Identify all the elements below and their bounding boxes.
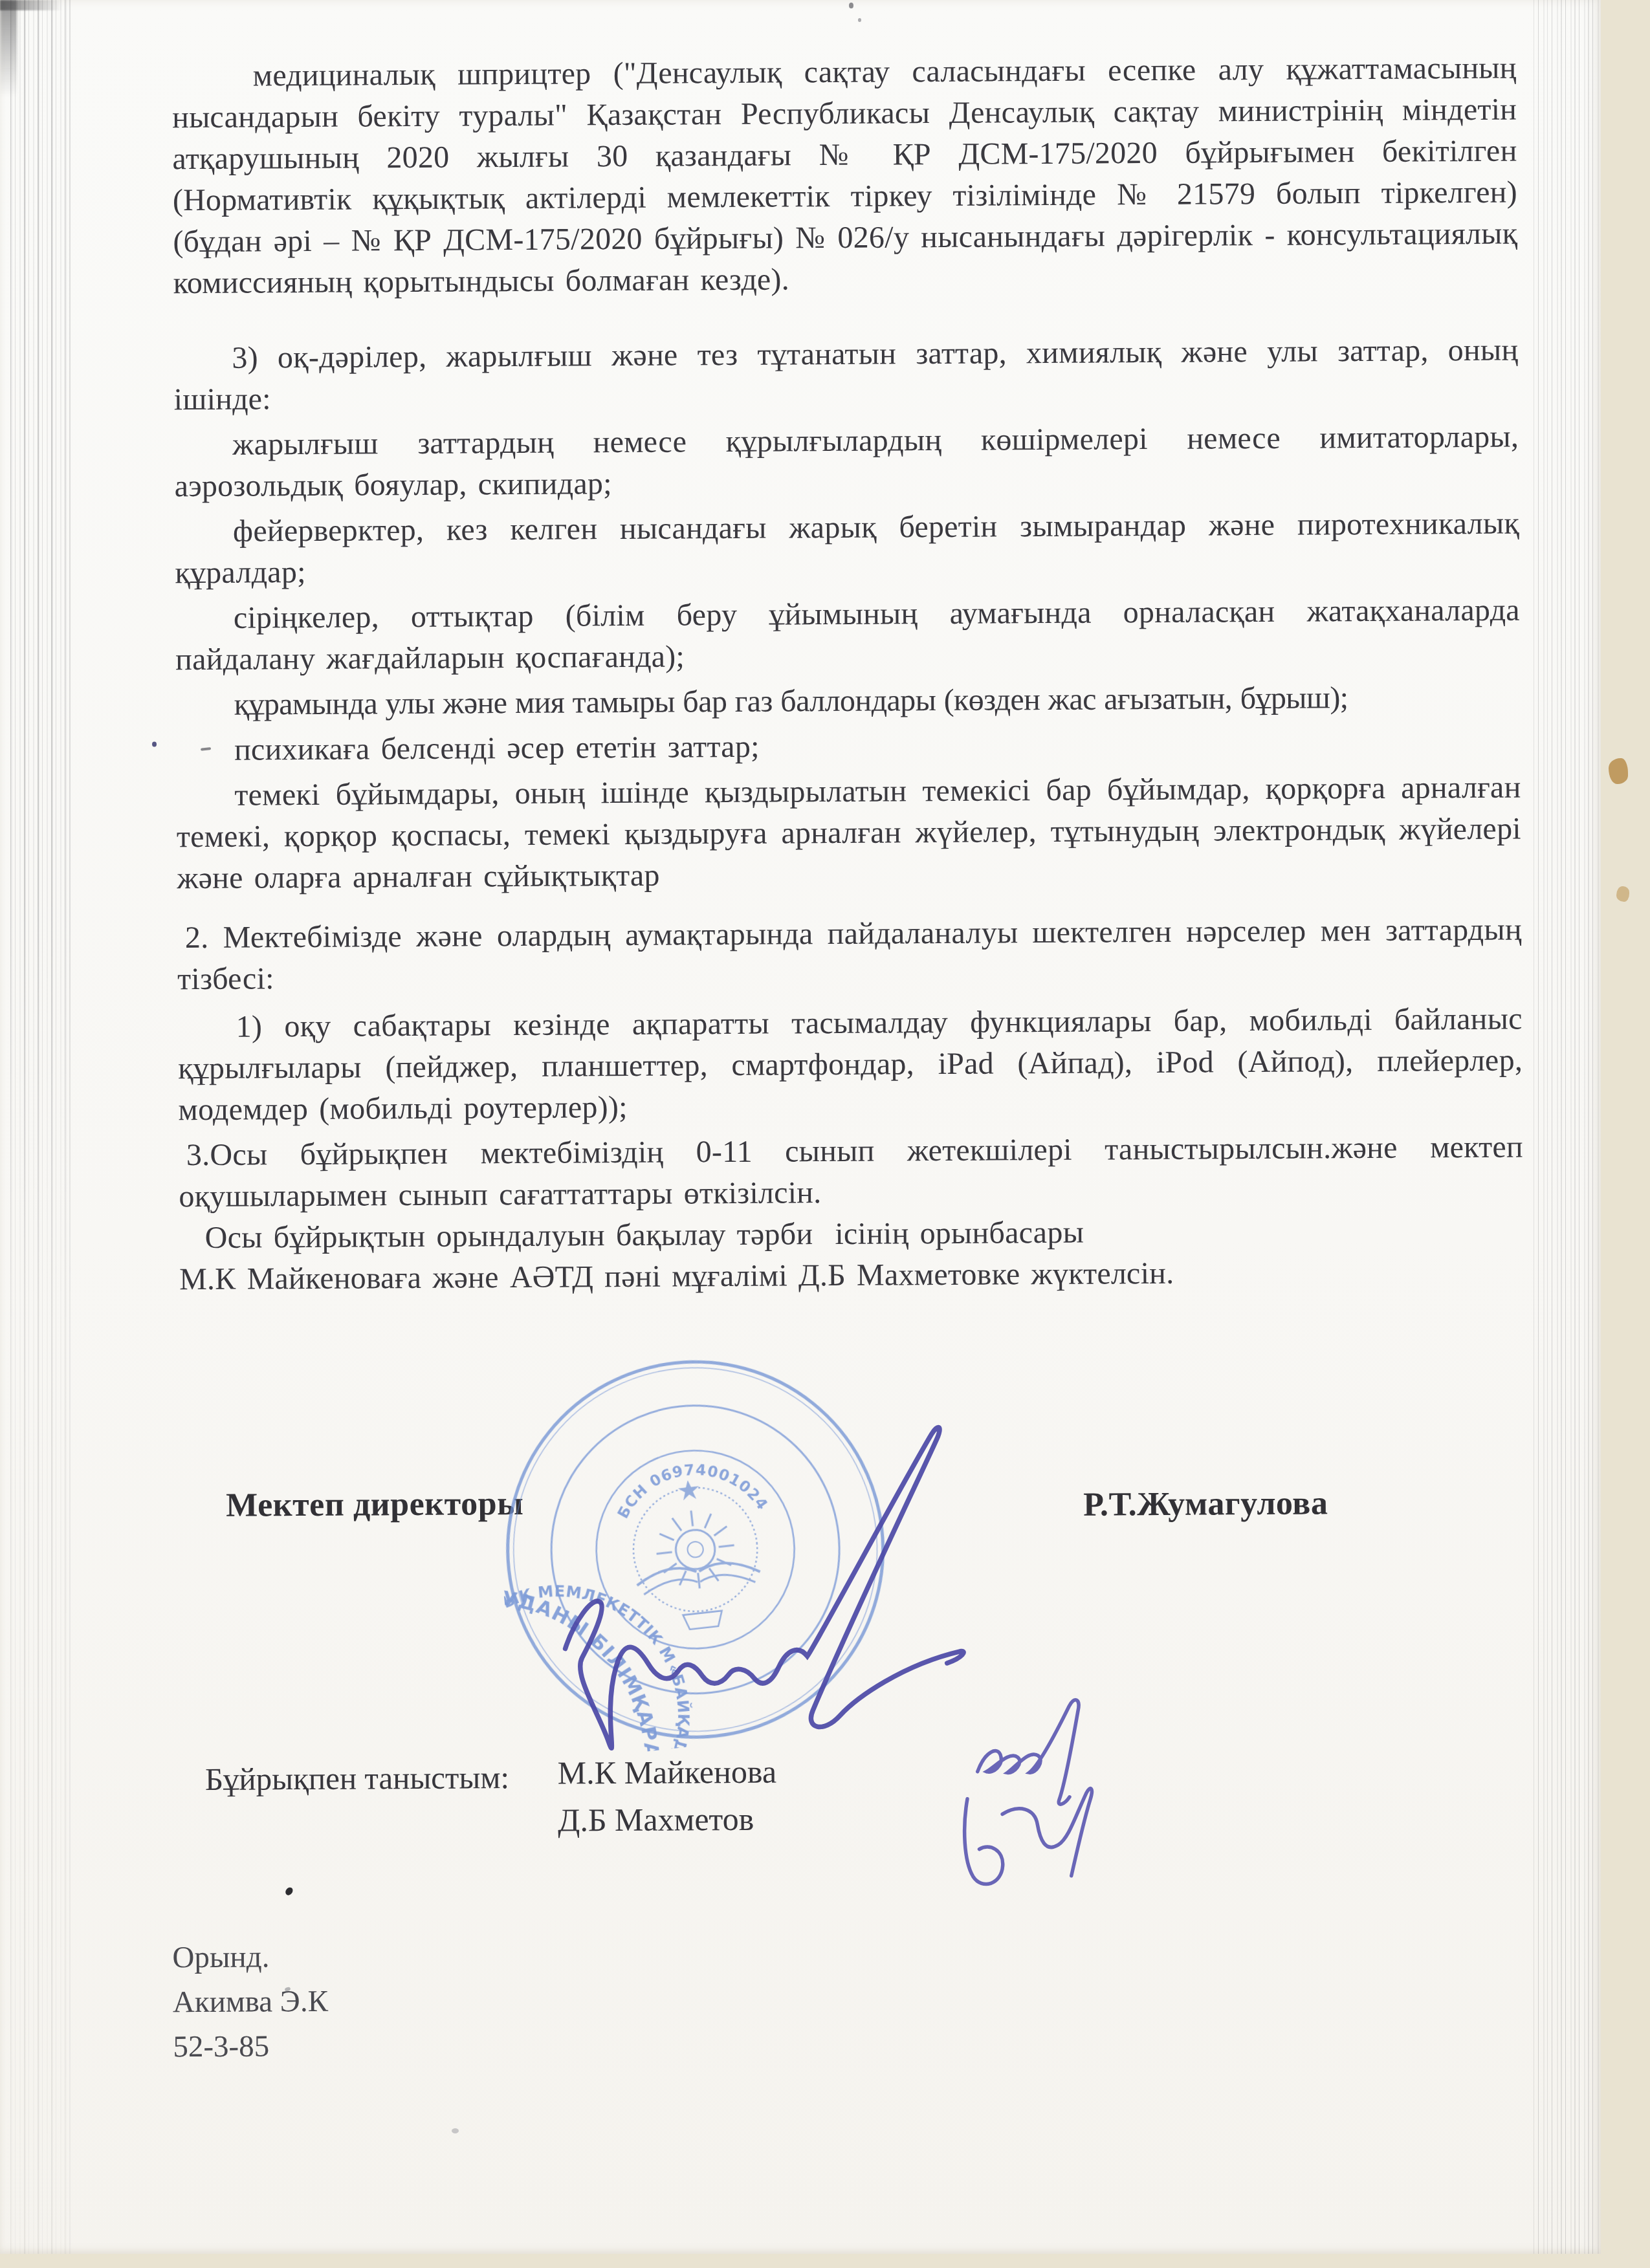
speck-top-center [849, 3, 853, 8]
director-name: Р.Т.Жумагулова [1083, 1484, 1328, 1523]
right-edge-scan-streaks [1531, 0, 1600, 2254]
body-paragraph-explosives: жарылғыш заттардың немесе құрылғылардың … [174, 417, 1519, 508]
executor-name: Акимва Э.К [173, 1979, 328, 2025]
executor-label: Орынд. [172, 1935, 327, 1980]
body-paragraph-item3-order: 3.Осы бұйрықпен мектебіміздің 0-11 сынып… [179, 1126, 1524, 1217]
executor-block: Орынд. Акимва Э.К 52-3-85 [172, 1935, 328, 2069]
body-paragraph-matches: сіріңкелер, оттықтар (білім беру ұйымыны… [175, 590, 1521, 681]
tan-stain-lower [1616, 886, 1629, 902]
body-paragraph-intro: медициналық шприцтер ("Денсаулық сақтау … [172, 48, 1518, 305]
body-paragraph-devices: 1) оқу сабақтары кезінде ақпаратты тасым… [178, 998, 1523, 1131]
body-paragraph-item3: 3) оқ-дәрілер, жарылғыш және тез тұтанат… [173, 330, 1519, 421]
body-paragraph-gas: құрамында улы және мия тамыры бар газ ба… [175, 677, 1520, 726]
director-signature [539, 1406, 994, 1771]
body-paragraph-item2: 2. Мектебімізде және олардың аумақтарынд… [177, 909, 1523, 1000]
acknowledgment-label: Бұйрықпен таныстым: [205, 1759, 509, 1798]
tan-stain-upper [1609, 758, 1628, 784]
document-body: медициналық шприцтер ("Денсаулық сақтау … [172, 48, 1524, 1301]
body-paragraph-fireworks: фейерверктер, кез келген нысандағы жарық… [175, 503, 1520, 594]
acknowledgment-name-makhmetov: Д.Б Махметов [558, 1796, 777, 1844]
body-paragraph-tobacco: темекі бұйымдары, оның ішінде қыздырылат… [176, 767, 1521, 899]
speck-top-center-2 [858, 18, 861, 22]
acknowledgment-names: М.К Майкенова Д.Б Махметов [558, 1749, 777, 1844]
body-paragraph-assignees: М.К Майкеноваға және АӘТД пәні мұғалімі … [179, 1250, 1524, 1300]
director-title-label: Мектеп директоры [226, 1485, 523, 1525]
scanned-document-page: медициналық шприцтер ("Денсаулық сақтау … [0, 0, 1650, 2268]
speck-bottom-area [452, 2128, 459, 2133]
left-edge-scan-streaks [10, 0, 71, 2254]
makhmetov-signature [948, 1774, 1104, 1904]
document-content: медициналық шприцтер ("Денсаулық сақтау … [0, 0, 1650, 2268]
ink-blot [284, 1886, 294, 1896]
body-paragraph-psychoactive: психикаға белсенді әсер ететін заттар; [176, 721, 1521, 771]
top-left-corner-smudge [0, 0, 17, 97]
acknowledgment-name-maikenova: М.К Майкенова [558, 1749, 777, 1797]
executor-phone: 52-3-85 [173, 2024, 328, 2069]
stray-ink-dot [152, 741, 157, 747]
